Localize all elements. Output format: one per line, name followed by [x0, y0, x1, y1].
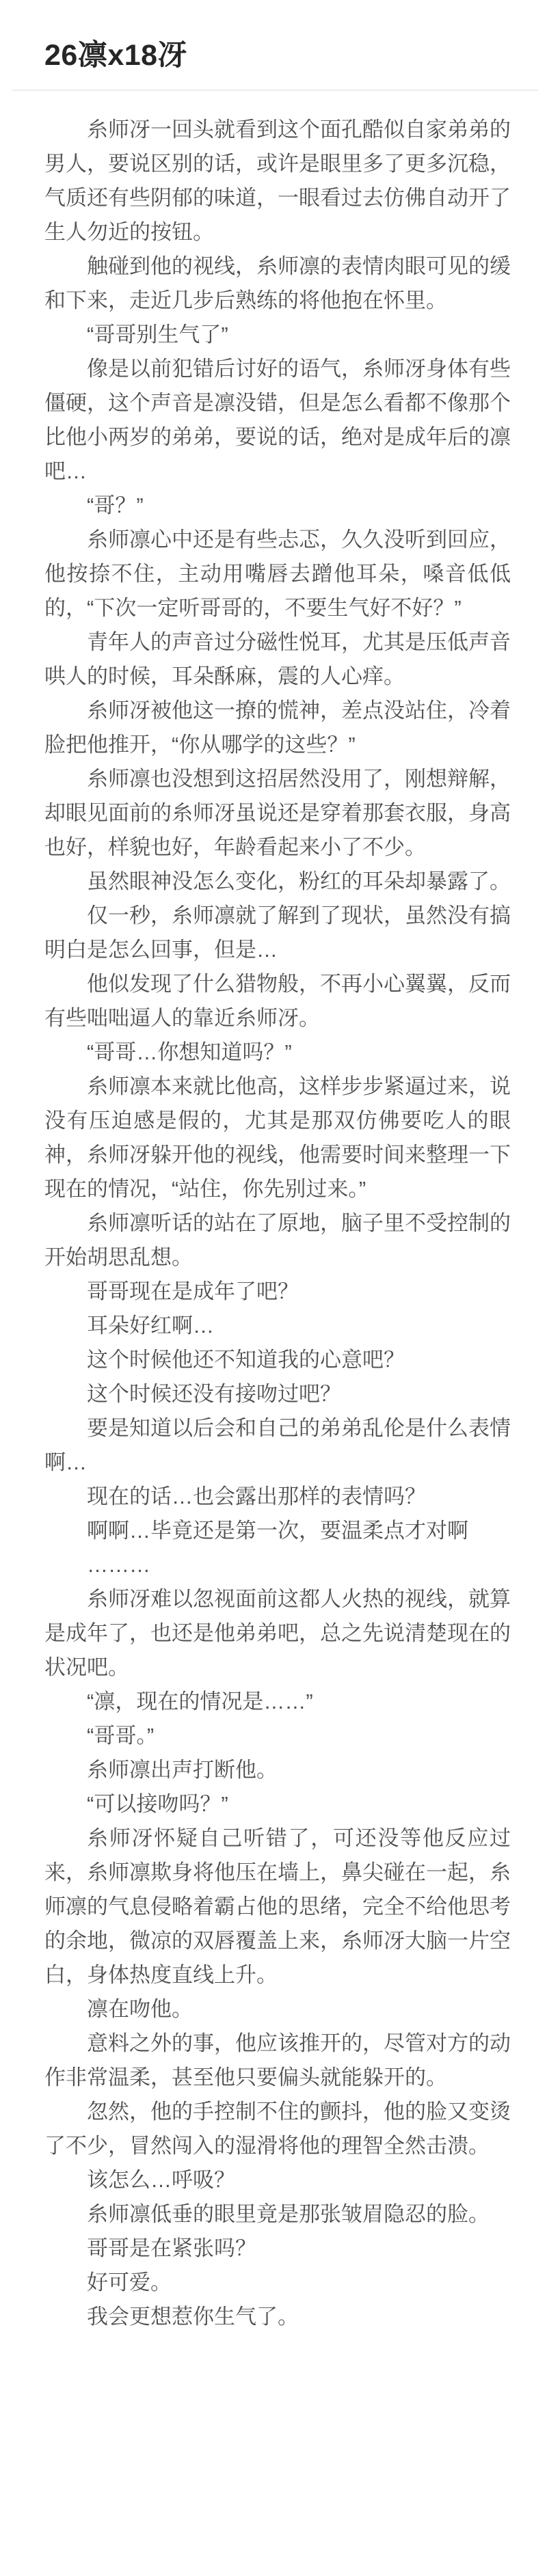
- paragraph: 糸师凛心中还是有些忐忑，久久没听到回应，他按捺不住，主动用嘴唇去蹭他耳朵，嗓音低…: [44, 523, 511, 625]
- paragraph: 该怎么…呼吸？: [44, 2163, 511, 2197]
- paragraph: 像是以前犯错后讨好的语气，糸师冴身体有些僵硬，这个声音是凛没错，但是怎么看都不像…: [44, 352, 511, 489]
- paragraph: ………: [44, 1548, 511, 1582]
- paragraph: “哥哥别生气了”: [44, 318, 511, 352]
- paragraph: 好可爱。: [44, 2266, 511, 2300]
- paragraph: 青年人的声音过分磁性悦耳，尤其是压低声音哄人的时候，耳朵酥麻，震的人心痒。: [44, 625, 511, 694]
- paragraph: 糸师冴一回头就看到这个面孔酷似自家弟弟的男人，要说区别的话，或许是眼里多了更多沉…: [44, 113, 511, 249]
- paragraph: 糸师凛低垂的眼里竟是那张皱眉隐忍的脸。: [44, 2197, 511, 2232]
- paragraph: 触碰到他的视线，糸师凛的表情肉眼可见的缓和下来，走近几步后熟练的将他抱在怀里。: [44, 249, 511, 318]
- paragraph: 虽然眼神没怎么变化，粉红的耳朵却暴露了。: [44, 865, 511, 899]
- paragraph: 糸师凛听话的站在了原地，脑子里不受控制的开始胡思乱想。: [44, 1206, 511, 1275]
- paragraph: 意料之外的事，他应该推开的，尽管对方的动作非常温柔，甚至他只要偏头就能躲开的。: [44, 2026, 511, 2095]
- paragraph: 忽然，他的手控制不住的颤抖，他的脸又变烫了不少，冒然闯入的湿滑将他的理智全然击溃…: [44, 2095, 511, 2163]
- paragraph: 糸师凛也没想到这招居然没用了，刚想辩解，却眼见面前的糸师冴虽说还是穿着那套衣服，…: [44, 762, 511, 865]
- paragraph: “哥哥…你想知道吗？”: [44, 1035, 511, 1070]
- paragraph: 糸师冴被他这一撩的慌神，差点没站住，冷着脸把他推开，“你从哪学的这些？”: [44, 694, 511, 762]
- paragraph: 要是知道以后会和自己的弟弟乱伦是什么表情啊…: [44, 1411, 511, 1480]
- paragraph: 糸师冴怀疑自己听错了，可还没等他反应过来，糸师凛欺身将他压在墙上，鼻尖碰在一起，…: [44, 1821, 511, 1992]
- paragraph: “可以接吻吗？”: [44, 1787, 511, 1821]
- paragraph: 啊啊…毕竟还是第一次，要温柔点才对啊: [44, 1514, 511, 1548]
- paragraph: 凛在吻他。: [44, 1992, 511, 2026]
- article-content: 糸师冴一回头就看到这个面孔酷似自家弟弟的男人，要说区别的话，或许是眼里多了更多沉…: [44, 113, 511, 2334]
- paragraph: 耳朵好红啊…: [44, 1309, 511, 1343]
- paragraph: 糸师凛出声打断他。: [44, 1753, 511, 1787]
- paragraph: 糸师冴难以忽视面前这都人火热的视线，就算是成年了，也还是他弟弟吧，总之先说清楚现…: [44, 1582, 511, 1685]
- article-page: 26凛x18冴 糸师冴一回头就看到这个面孔酷似自家弟弟的男人，要说区别的话，或许…: [0, 0, 547, 2576]
- paragraph: 糸师凛本来就比他高，这样步步紧逼过来，说没有压迫感是假的，尤其是那双仿佛要吃人的…: [44, 1070, 511, 1206]
- paragraph: “凛，现在的情况是……”: [44, 1685, 511, 1719]
- paragraph: 他似发现了什么猎物般，不再小心翼翼，反而有些咄咄逼人的靠近糸师冴。: [44, 967, 511, 1035]
- page-title: 26凛x18冴: [44, 36, 511, 75]
- paragraph: 仅一秒，糸师凛就了解到了现状，虽然没有搞明白是怎么回事，但是…: [44, 899, 511, 967]
- title-divider: [12, 90, 538, 91]
- paragraph: 哥哥现在是成年了吧？: [44, 1275, 511, 1309]
- paragraph: 我会更想惹你生气了。: [44, 2300, 511, 2334]
- paragraph: 这个时候还没有接吻过吧？: [44, 1377, 511, 1411]
- paragraph: 现在的话…也会露出那样的表情吗？: [44, 1480, 511, 1514]
- paragraph: 这个时候他还不知道我的心意吧？: [44, 1343, 511, 1377]
- paragraph: “哥哥。”: [44, 1719, 511, 1753]
- paragraph: “哥？”: [44, 489, 511, 523]
- paragraph: 哥哥是在紧张吗？: [44, 2232, 511, 2266]
